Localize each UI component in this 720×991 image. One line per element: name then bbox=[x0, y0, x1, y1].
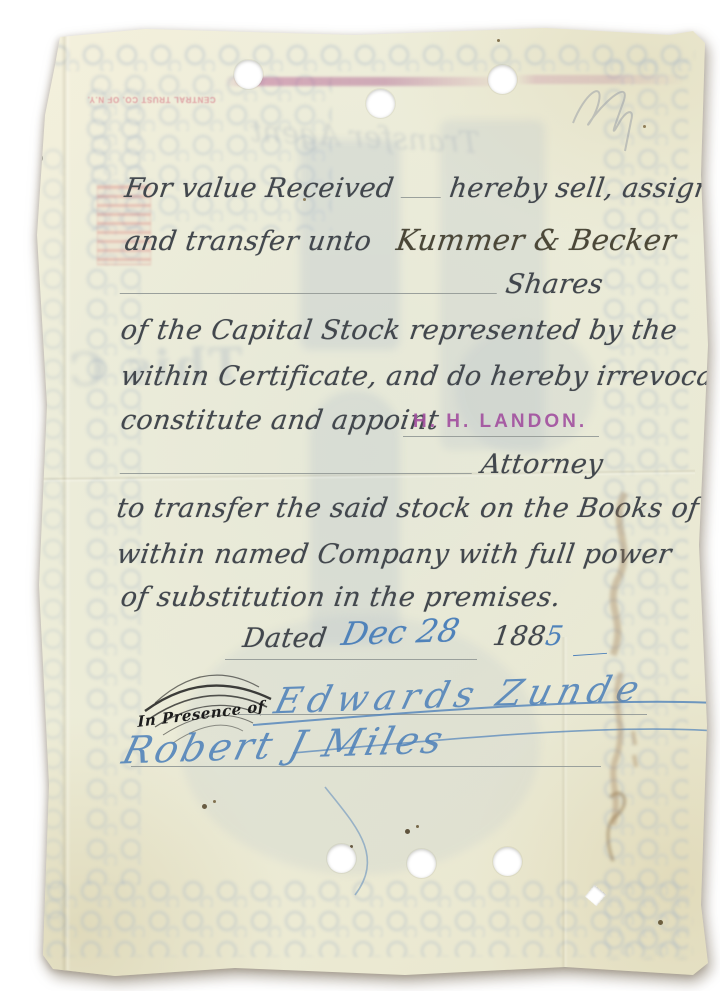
punch-hole-top-1 bbox=[234, 60, 263, 89]
punch-hole-top-3 bbox=[488, 65, 517, 94]
punch-hole-bottom-3 bbox=[493, 847, 522, 876]
punch-hole-top-2 bbox=[366, 89, 395, 118]
punch-hole-bottom-1 bbox=[327, 844, 356, 873]
age-spots bbox=[45, 43, 48, 46]
certificate-paper: This C Transfer Agent CENTRAL TRUST CO. … bbox=[25, 25, 712, 978]
punch-hole-bottom-2 bbox=[407, 849, 436, 878]
certificate-scan: This C Transfer Agent CENTRAL TRUST CO. … bbox=[0, 0, 720, 991]
paper-shadow-wrap: This C Transfer Agent CENTRAL TRUST CO. … bbox=[0, 0, 720, 991]
brown-ink-showthrough bbox=[25, 25, 712, 978]
edge-mark: S bbox=[30, 154, 44, 163]
